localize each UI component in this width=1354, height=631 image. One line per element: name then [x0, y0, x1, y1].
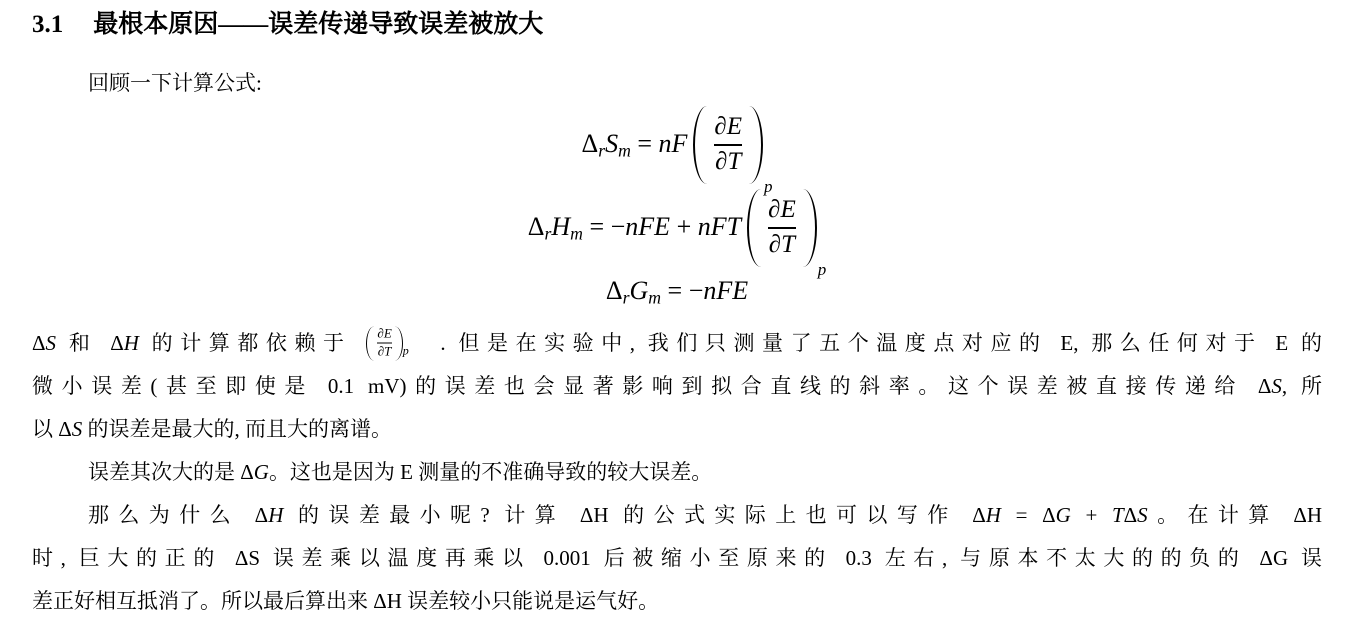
display-equation: ΔrGm = −nFE	[32, 270, 1322, 314]
document-page: 3.1 最根本原因——误差传递导致误差被放大 回顾一下计算公式: ΔrSm = …	[0, 0, 1354, 623]
inline-math: ΔH	[255, 503, 284, 527]
text-line: 时, 巨大的正的 ΔS 误差乘以温度再乘以 0.001 后被缩小至原来的 0.3…	[32, 537, 1322, 580]
right-paren	[803, 189, 817, 267]
inline-math: ΔG	[240, 460, 269, 484]
text-line: 差正好相互抵消了。所以最后算出来 ΔH 误差较小只能说是运气好。	[32, 580, 1322, 623]
left-paren	[693, 106, 707, 184]
left-paren	[747, 189, 761, 267]
inline-math: ΔS	[58, 417, 82, 441]
inline-math: ΔS	[1258, 374, 1282, 398]
section-heading: 3.1 最根本原因——误差传递导致误差被放大	[32, 6, 1322, 44]
partial-derivative-term: ∂E∂Tp	[747, 189, 826, 267]
right-paren	[749, 106, 763, 184]
fraction: ∂E∂T	[768, 196, 796, 260]
section-number: 3.1	[32, 6, 63, 44]
text-line: 那么为什么 ΔH 的误差最小呢? 计算 ΔH 的公式实际上也可以写作 ΔH = …	[32, 494, 1322, 537]
text-line: 微小误差(甚至即使是 0.1 mV)的误差也会显著影响到拟合直线的斜率。这个误差…	[32, 365, 1322, 408]
intro-line: 回顾一下计算公式:	[32, 66, 1322, 100]
text-line: 以 ΔS 的误差是最大的, 而且大的离谱。	[32, 408, 1322, 451]
partial-derivative-term: ∂E∂Tp	[693, 106, 772, 184]
inline-math: ΔH = ΔG + TΔS	[972, 503, 1147, 527]
inline-math: ΔH	[110, 331, 139, 355]
display-equation: ΔrHm = −nFE + nFT∂E∂Tp	[32, 186, 1322, 270]
inline-partial-derivative: ∂E∂Tp	[364, 332, 440, 354]
fraction: ∂E∂T	[377, 326, 391, 359]
inline-math: ΔS	[32, 331, 56, 355]
fraction: ∂E∂T	[714, 113, 742, 177]
text-line: ΔS 和 ΔH 的计算都依赖于 ∂E∂Tp. 但是在实验中, 我们只测量了五个温…	[32, 322, 1322, 365]
display-equation: ΔrSm = nF∂E∂Tp	[32, 104, 1322, 186]
text-line: 误差其次大的是 ΔG。这也是因为 E 测量的不准确导致的较大误差。	[32, 451, 1322, 494]
partial-derivative-term: ∂E∂Tp	[366, 322, 408, 365]
equations-block: ΔrSm = nF∂E∂TpΔrHm = −nFE + nFT∂E∂TpΔrGm…	[32, 104, 1322, 314]
left-paren	[366, 326, 374, 360]
right-paren	[395, 326, 403, 360]
section-title: 最根本原因——误差传递导致误差被放大	[93, 6, 543, 44]
body-text: ΔS 和 ΔH 的计算都依赖于 ∂E∂Tp. 但是在实验中, 我们只测量了五个温…	[32, 322, 1322, 623]
